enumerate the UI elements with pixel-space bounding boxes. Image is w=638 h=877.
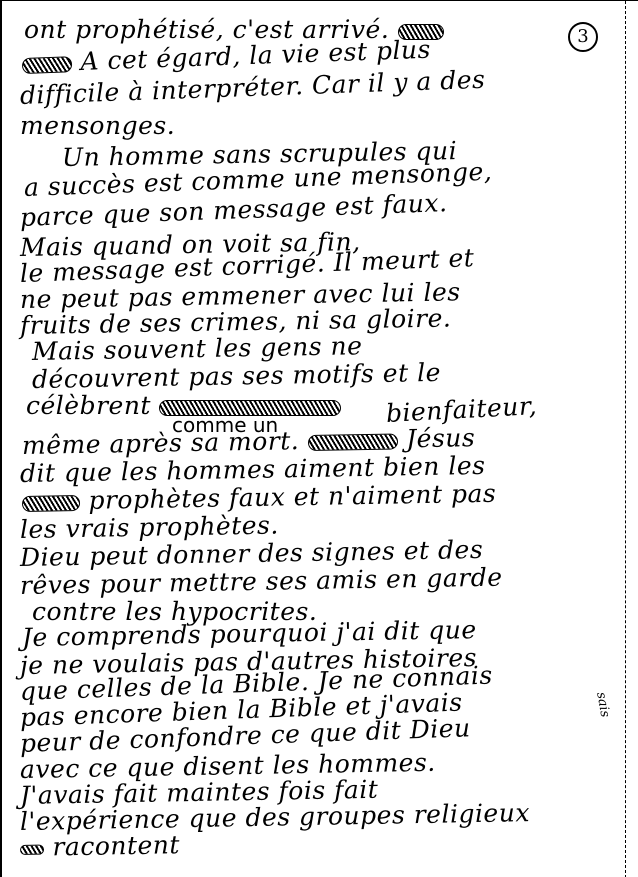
crossed-out-word bbox=[22, 494, 80, 511]
text-line-13: découvrent pas ses motifs et le bbox=[32, 358, 441, 394]
margin-note: sais bbox=[593, 691, 612, 718]
crossed-out-word bbox=[308, 433, 398, 451]
line-text: célèbrent bbox=[26, 391, 151, 420]
crossed-out-word bbox=[22, 56, 73, 74]
line-text: prophètes faux et n'aiment pas bbox=[88, 479, 496, 515]
line-text: Jésus bbox=[406, 423, 476, 453]
text-line-4: mensonges. bbox=[20, 111, 175, 140]
text-line-31: racontent bbox=[20, 830, 180, 862]
crossed-out-word bbox=[20, 844, 44, 854]
line-text: racontent bbox=[52, 830, 180, 861]
page-edge bbox=[625, 1, 626, 877]
handwritten-page: 3 ont prophétisé, c'est arrivé. A cet ég… bbox=[0, 0, 638, 877]
page-number: 3 bbox=[568, 22, 598, 52]
